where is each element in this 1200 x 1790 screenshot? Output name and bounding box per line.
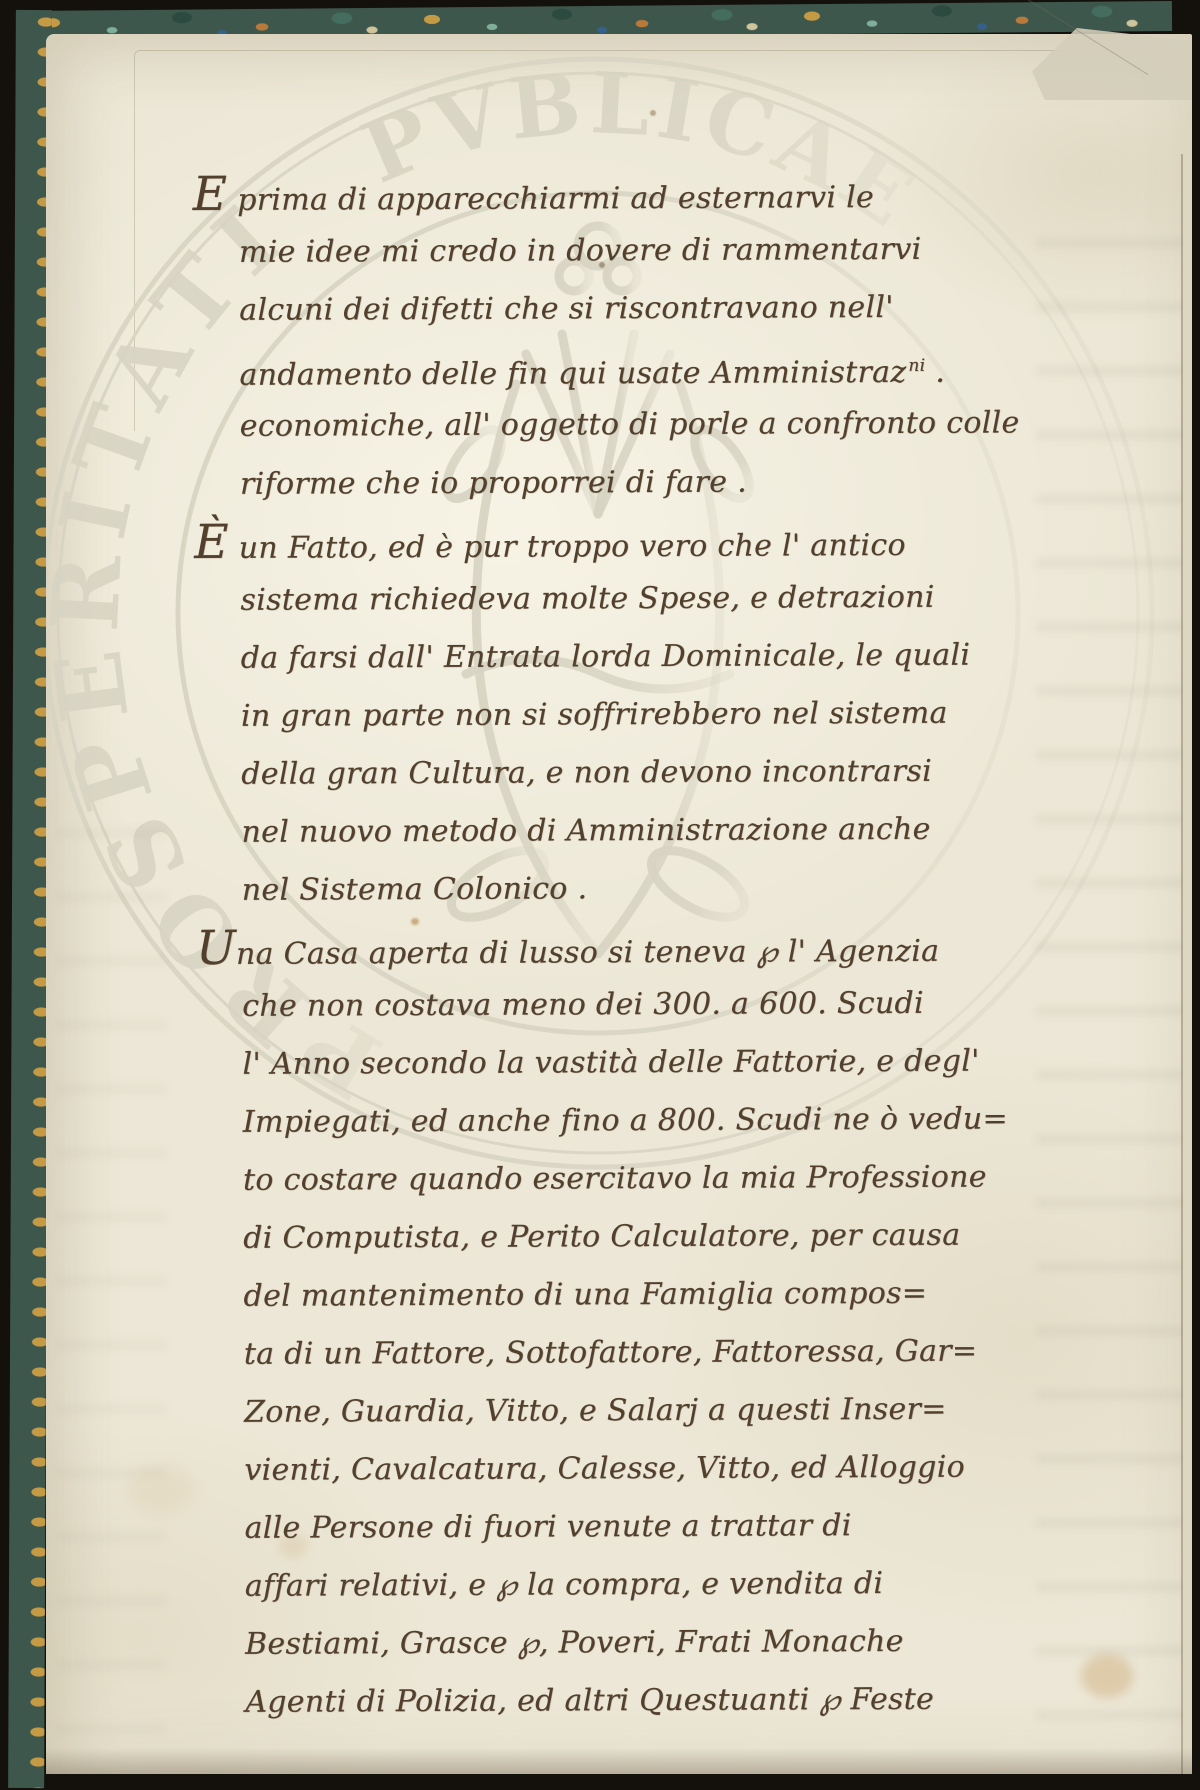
manuscript-line: Bestiami, Grasce ℘, Poveri, Frati Monach… [199,1612,1119,1674]
manuscript-line: to costare quando esercitavo la mia Prof… [197,1148,1117,1210]
manuscript-line: Impiegati, ed anche fino a 800. Scudi ne… [197,1090,1117,1152]
manuscript-line: ta di un Fattore, Sottofattore, Fattores… [198,1322,1118,1384]
foxing-spot [650,110,656,116]
manuscript-line: È un Fatto, ed è pur troppo vero che l' … [194,510,1114,572]
bleedthrough-left-margin [56,794,166,1754]
manuscript-line: E prima di apparecchiarmi ad esternarvi … [193,162,1113,224]
manuscript-line: sistema richiedeva molte Spese, e detraz… [194,568,1114,630]
manuscript-scan: PROSPERITATI PVBLICAE E prima di apparec… [0,0,1200,1790]
manuscript-line: del mantenimento di una Famiglia compos= [197,1264,1117,1326]
manuscript-line: Zone, Guardia, Vitto, e Salarj a questi … [198,1380,1118,1442]
manuscript-line: riforme che io proporrei di fare . [194,452,1114,514]
manuscript-line: di Computista, e Perito Calculatore, per… [197,1206,1117,1268]
manuscript-line: alcuni dei difetti che si riscontravano … [193,278,1113,340]
page-edge-right [1181,154,1183,1774]
manuscript-line: andamento delle fin qui usate Amministra… [193,336,1113,398]
manuscript-line: economiche, all' oggetto di porle a conf… [194,394,1114,456]
manuscript-text: E prima di apparecchiarmi ad esternarvi … [193,162,1120,1732]
manuscript-line: da farsi dall' Entrata lorda Dominicale,… [195,626,1115,688]
manuscript-line: affari relativi, e ℘ la compra, e vendit… [199,1554,1119,1616]
page-scan: PROSPERITATI PVBLICAE E prima di apparec… [46,34,1192,1774]
manuscript-line: alle Persone di fuori venute a trattar d… [198,1496,1118,1558]
page-edge-right-underpage [1183,130,1192,1774]
manuscript-line: Agenti di Polizia, ed altri Questuanti ℘… [199,1670,1119,1732]
foxing-spot [126,1464,196,1514]
manuscript-line: Una Casa aperta di lusso si teneva ℘ l' … [196,916,1116,978]
manuscript-line: della gran Cultura, e non devono incontr… [195,742,1115,804]
manuscript-line: l' Anno secondo la vastità delle Fattori… [196,1032,1116,1094]
manuscript-line: mie idee mi credo in dovere di rammentar… [193,220,1113,282]
manuscript-line: vienti, Cavalcatura, Calesse, Vitto, ed … [198,1438,1118,1500]
manuscript-line: nel Sistema Colonico . [196,858,1116,920]
manuscript-line: nel nuovo metodo di Amministrazione anch… [195,800,1115,862]
manuscript-line: in gran parte non si soffrirebbero nel s… [195,684,1115,746]
manuscript-line: che non costava meno dei 300. a 600. Scu… [196,974,1116,1036]
page-bottom-shadow [46,1748,1192,1774]
